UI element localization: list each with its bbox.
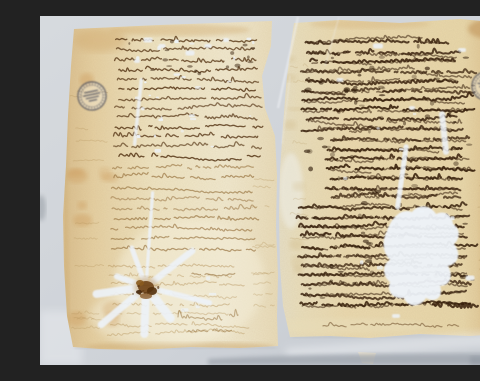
document-photo-canvas xyxy=(40,16,480,365)
page-left xyxy=(60,16,282,356)
manuscript-photo: Photograph of two aged handwritten manus… xyxy=(40,16,480,365)
